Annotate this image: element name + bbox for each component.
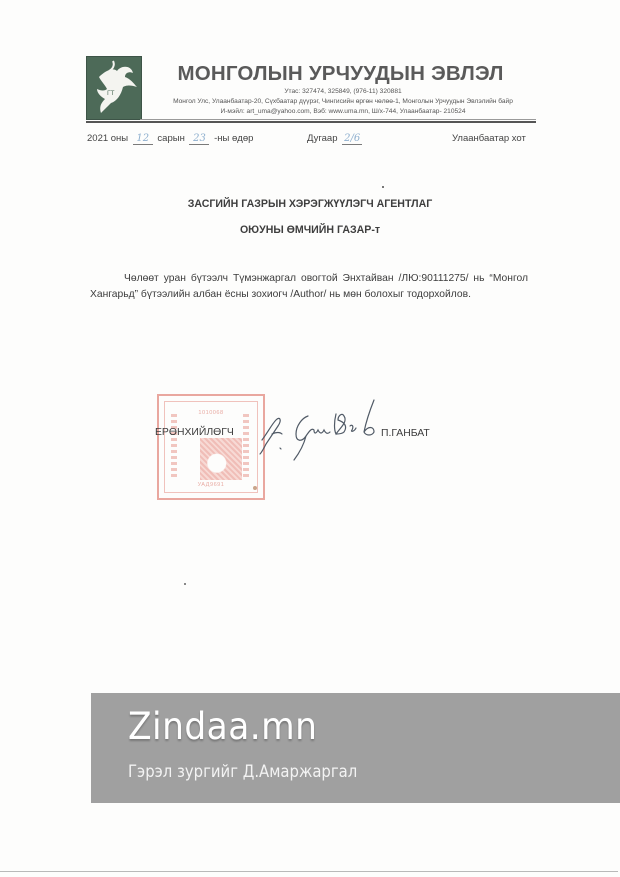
- handwritten-signature-icon: [258, 394, 388, 470]
- organization-name: МОНГОЛЫН УРЧУУДЫН ЭВЛЭЛ: [148, 62, 533, 86]
- day-value: 23: [189, 134, 209, 145]
- stamp-number-top: 1010068: [159, 410, 263, 416]
- city-label: Улаанбаатар хот: [452, 133, 526, 144]
- month-value: 12: [133, 134, 153, 145]
- scan-speck: [184, 583, 186, 585]
- stamp-mongol-script-right: [243, 414, 249, 478]
- watermark-title: Zindaa.mn: [128, 705, 317, 748]
- date-field: 2021 оны 12 сарын 23 -ны өдөр: [87, 133, 253, 145]
- phone-line: Утас: 327474, 325849, (976-11) 320881: [148, 88, 538, 95]
- watermark-banner: Zindaa.mn Гэрэл зургийг Д.Амаржаргал: [91, 693, 620, 803]
- stamp-emblem-icon: [200, 438, 242, 480]
- organization-logo: ГТ: [86, 56, 142, 120]
- signature: [258, 394, 388, 470]
- scan-speck: [382, 186, 384, 188]
- recipient-line-1: ЗАСГИЙН ГАЗРЫН ХЭРЭГЖҮҮЛЭГЧ АГЕНТЛАГ: [0, 198, 620, 210]
- year-label: 2021 оны: [87, 133, 128, 144]
- document-number-value: 2/6: [342, 134, 362, 145]
- header-divider: [86, 121, 536, 123]
- watermark-credit: Гэрэл зургийг Д.Амаржаргал: [128, 762, 357, 781]
- header-divider-thin: [140, 119, 536, 120]
- svg-text:ГТ: ГТ: [107, 90, 115, 97]
- stamp-mongol-script-left: [171, 414, 177, 478]
- stamp-number-bottom: УАД9691: [159, 482, 263, 488]
- horse-rider-logo-icon: ГТ: [87, 57, 141, 119]
- email-web-line: И-мэйл: art_uma@yahoo.com, Вэб: www.uma.…: [148, 108, 538, 115]
- month-label: сарын: [157, 133, 184, 144]
- recipient-line-2: ОЮУНЫ ӨМЧИЙН ГАЗАР-т: [0, 224, 620, 236]
- letter-body: Чөлөөт уран бүтээлч Түмэнжаргал овогтой …: [90, 271, 528, 302]
- official-stamp: 1010068 УАД9691: [157, 394, 265, 500]
- day-label: -ны өдөр: [214, 133, 253, 144]
- address-line: Монгол Улс, Улаанбаатар-20, Сүхбаатар дү…: [148, 98, 538, 105]
- signer-name: П.ГАНБАТ: [381, 428, 430, 439]
- page-bottom-edge: [0, 871, 618, 872]
- document-number-label: Дугаар: [307, 133, 338, 144]
- stamp-dot: [253, 486, 257, 490]
- document-number-field: Дугаар 2/6: [307, 133, 364, 145]
- signer-title: ЕРӨНХИЙЛӨГЧ: [155, 427, 234, 438]
